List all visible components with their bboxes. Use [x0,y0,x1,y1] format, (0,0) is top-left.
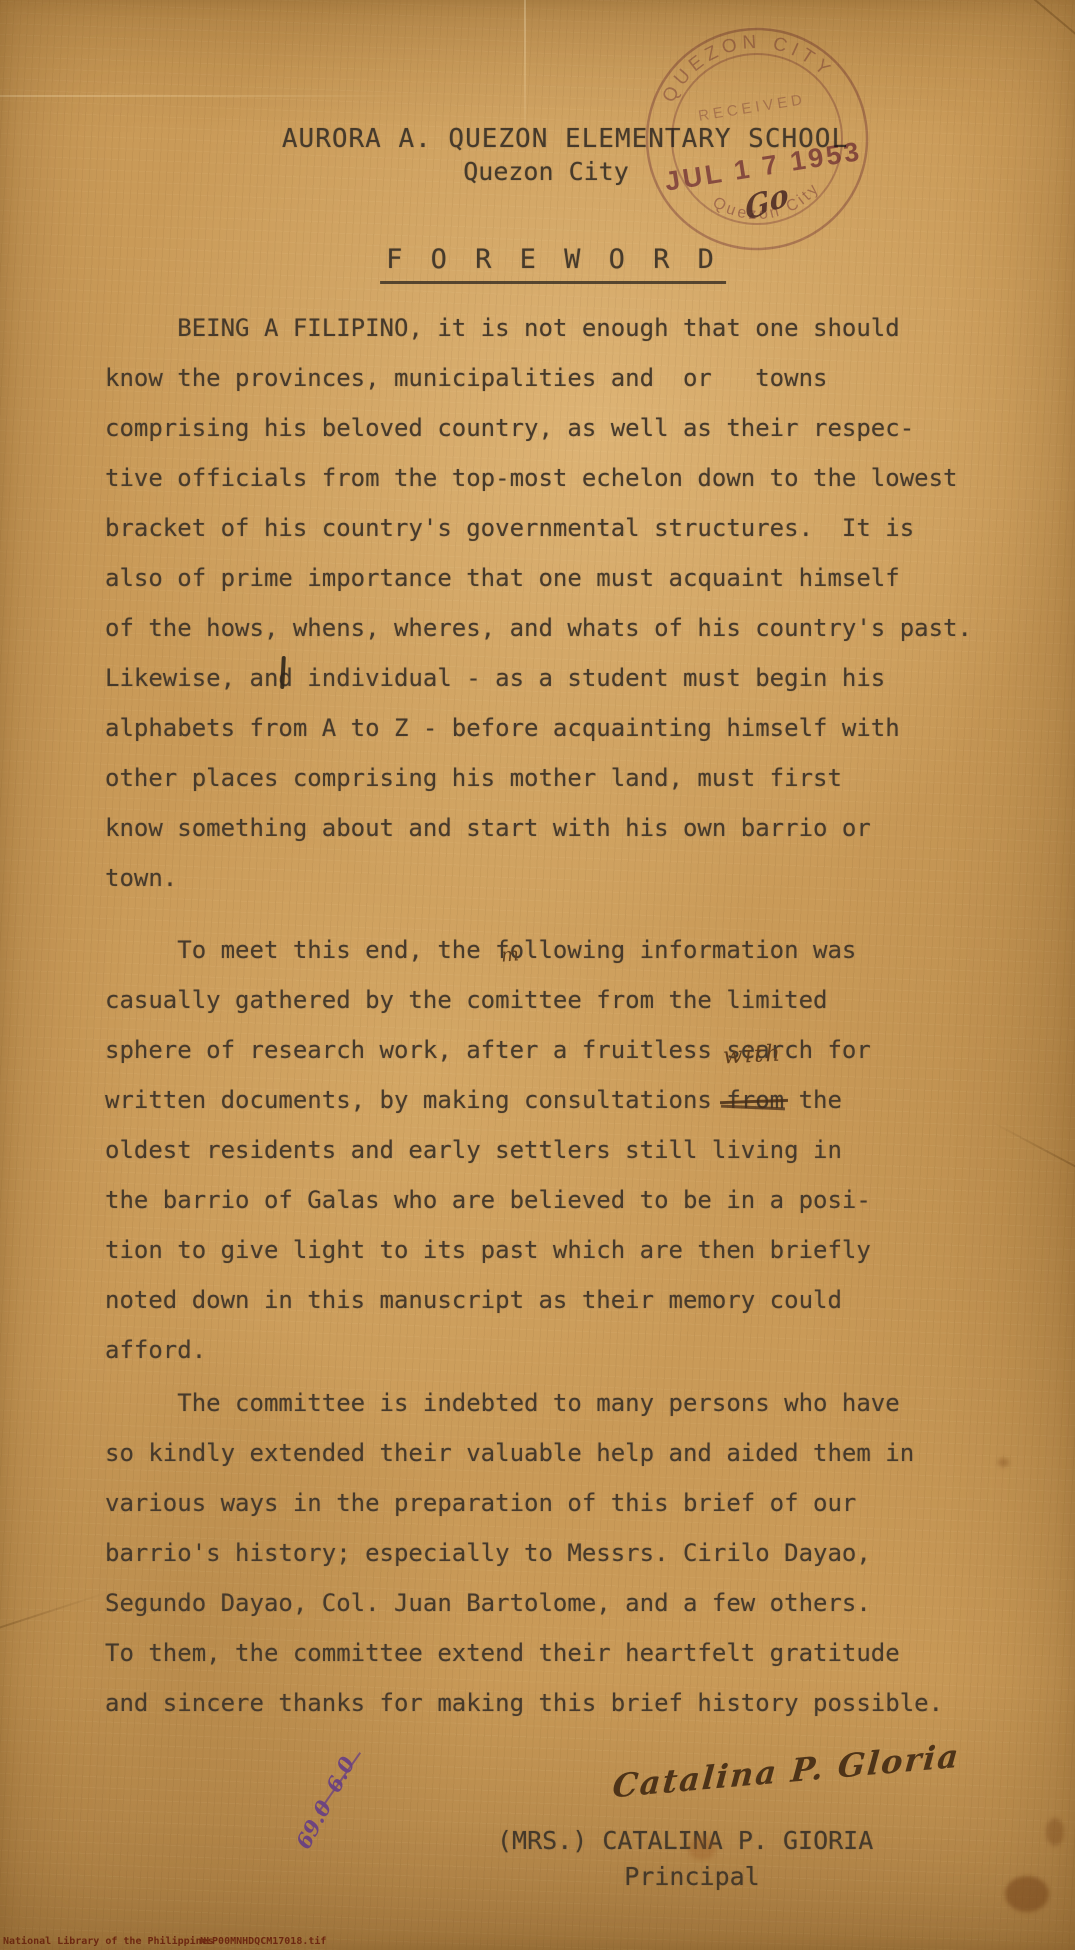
typed-text-line: The committee is indebted to many person… [105,1378,1010,1428]
typed-text-line: tive officials from the top-most echelon… [105,453,1010,503]
received-date-stamp: QUEZON CITY RECEIVED JUL 1 7 1953 Quezon… [621,3,893,275]
principal-role-label: Principal [497,1862,887,1891]
typed-text-line: the barrio of Galas who are believed to … [105,1175,1010,1225]
paper-stain [1005,1876,1049,1912]
typed-text-line: town. [105,853,1010,903]
paragraph-2: To meet this end, the following informat… [105,925,1010,1375]
school-city: Quezon City [463,157,629,186]
foreword-title: F O R E W O R D [380,244,726,284]
scan-filename-label: NLP00MNHDQCM17018.tif [200,1936,326,1947]
paper-crease [1026,0,1075,38]
typed-text-line: written documents, by making consultatio… [105,1075,1010,1125]
typed-text-line: Segundo Dayao, Col. Juan Bartolome, and … [105,1578,1010,1628]
principal-typed-name: (MRS.) CATALINA P. GIORIA [497,1826,873,1855]
stamp-graphic: QUEZON CITY RECEIVED JUL 1 7 1953 Quezon… [621,3,893,275]
typed-text-line: know the provinces, municipalities and o… [105,353,1010,403]
margin-number-bottom: 69.0 [291,1796,337,1853]
handwritten-correction-with: with [722,1040,782,1069]
typed-text-line: oldest residents and early settlers stil… [105,1125,1010,1175]
typed-text-line: also of prime importance that one must a… [105,553,1010,603]
typed-text-line: comprising his beloved country, as well … [105,403,1010,453]
typed-text-line: various ways in the preparation of this … [105,1478,1010,1528]
scanned-document-page: AURORA A. QUEZON ELEMENTARY SCHOOL Quezo… [0,0,1075,1950]
principal-signature-handwriting: Catalina P. Gloria [611,1737,962,1806]
typed-text-line: noted down in this manuscript as their m… [105,1275,1010,1325]
typed-text-line: Likewise, and individual - as a student … [105,653,1010,703]
typed-text-line: alphabets from A to Z - before acquainti… [105,703,1010,753]
typed-text-line: To them, the committee extend their hear… [105,1628,1010,1678]
paper-stain [1046,1818,1064,1846]
paper-crease [0,95,430,97]
typed-text-line: To meet this end, the following informat… [105,925,1010,975]
typed-text-line: of the hows, whens, wheres, and whats of… [105,603,1010,653]
scan-footer: National Library of the Philippines NLP0… [0,1933,1075,1950]
typed-text-line: other places comprising his mother land,… [105,753,1010,803]
stamp-arc-top-text: QUEZON CITY [651,19,840,109]
typed-text-line: tion to give light to its past which are… [105,1225,1010,1275]
typed-text-line: afford. [105,1325,1010,1375]
stamp-received-text: RECEIVED [697,91,807,125]
typed-text-line: sphere of research work, after a fruitle… [105,1025,1010,1075]
paragraph-3: The committee is indebted to many person… [105,1378,1010,1728]
typed-text-line: know something about and start with his … [105,803,1010,853]
typed-text-line: so kindly extended their valuable help a… [105,1428,1010,1478]
library-name-label: National Library of the Philippines [3,1936,214,1947]
typed-text-line: bracket of his country's governmental st… [105,503,1010,553]
handwritten-correction-m: m [500,943,520,966]
paragraph-1: BEING A FILIPINO, it is not enough that … [105,303,1010,903]
typed-text-line: BEING A FILIPINO, it is not enough that … [105,303,1010,353]
paper-crease [0,1591,110,1632]
typed-text-line: and sincere thanks for making this brief… [105,1678,1010,1728]
typed-text-line: casually gathered by the comittee from t… [105,975,1010,1025]
typed-text-line: barrio's history; especially to Messrs. … [105,1528,1010,1578]
